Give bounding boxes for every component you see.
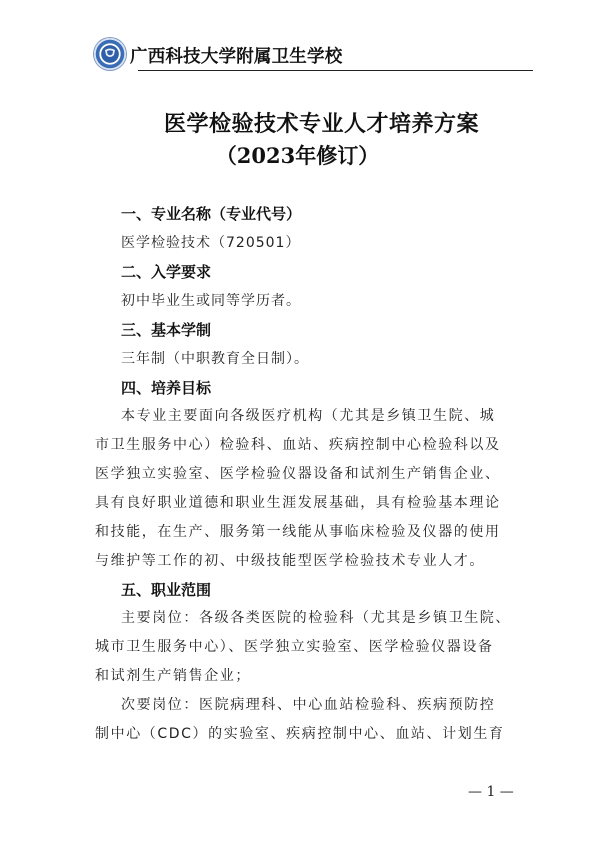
paragraph-line: 本专业主要面向各级医疗机构（尤其是乡镇卫生院、城 bbox=[95, 402, 515, 431]
section-text-duration: 三年制（中职教育全日制）。 bbox=[121, 344, 519, 374]
paragraph-line: 具有良好职业道德和职业生涯发展基础，具有检验基本理论 bbox=[95, 489, 515, 518]
section-text-admission: 初中毕业生或同等学历者。 bbox=[121, 286, 519, 316]
paragraph-line: 城市卫生服务中心）、医学独立实验室、医学检验仪器设备 bbox=[95, 633, 515, 662]
section-heading-objectives: 四、培养目标 bbox=[121, 374, 519, 402]
document-subtitle: （2023年修订） bbox=[0, 140, 603, 170]
paragraph-line: 次要岗位：医院病理科、中心血站检验科、疾病预防控 bbox=[95, 691, 515, 720]
paragraph-line: 市卫生服务中心）检验科、血站、疾病控制中心检验科以及 bbox=[95, 431, 515, 460]
paragraph-line: 制中心（CDC）的实验室、疾病控制中心、血站、计划生育 bbox=[95, 720, 515, 749]
paragraph-line: 主要岗位：各级各类医院的检验科（尤其是乡镇卫生院、 bbox=[95, 604, 515, 633]
header-divider bbox=[138, 70, 533, 71]
document-body: 一、专业名称（专业代号） 医学检验技术（720501） 二、入学要求 初中毕业生… bbox=[121, 200, 519, 749]
paragraph-line: 医学独立实验室、医学检验仪器设备和试剂生产销售企业、 bbox=[95, 460, 515, 489]
section-heading-admission: 二、入学要求 bbox=[121, 258, 519, 286]
paragraph-primary-positions: 主要岗位：各级各类医院的检验科（尤其是乡镇卫生院、 城市卫生服务中心）、医学独立… bbox=[95, 604, 515, 691]
section-heading-career-scope: 五、职业范围 bbox=[121, 576, 519, 604]
page-number: — 1 — bbox=[468, 784, 514, 800]
section-heading-major-name: 一、专业名称（专业代号） bbox=[121, 200, 519, 228]
document-title: 医学检验技术专业人才培养方案 bbox=[0, 107, 611, 138]
paragraph-secondary-positions: 次要岗位：医院病理科、中心血站检验科、疾病预防控 制中心（CDC）的实验室、疾病… bbox=[95, 691, 515, 749]
paragraph-objectives: 本专业主要面向各级医疗机构（尤其是乡镇卫生院、城 市卫生服务中心）检验科、血站、… bbox=[95, 402, 515, 576]
paragraph-line: 与维护等工作的初、中级技能型医学检验技术专业人才。 bbox=[95, 547, 515, 576]
school-name: 广西科技大学附属卫生学校 bbox=[130, 43, 342, 68]
paragraph-line: 和技能，在生产、服务第一线能从事临床检验及仪器的使用 bbox=[95, 518, 515, 547]
page-header: 广西科技大学附属卫生学校 bbox=[94, 38, 519, 72]
section-heading-duration: 三、基本学制 bbox=[121, 316, 519, 344]
school-emblem-icon bbox=[94, 38, 126, 70]
section-text-major-name: 医学检验技术（720501） bbox=[121, 228, 519, 258]
paragraph-line: 和试剂生产销售企业； bbox=[95, 662, 515, 691]
document-page: 广西科技大学附属卫生学校 医学检验技术专业人才培养方案 （2023年修订） 一、… bbox=[0, 0, 611, 867]
